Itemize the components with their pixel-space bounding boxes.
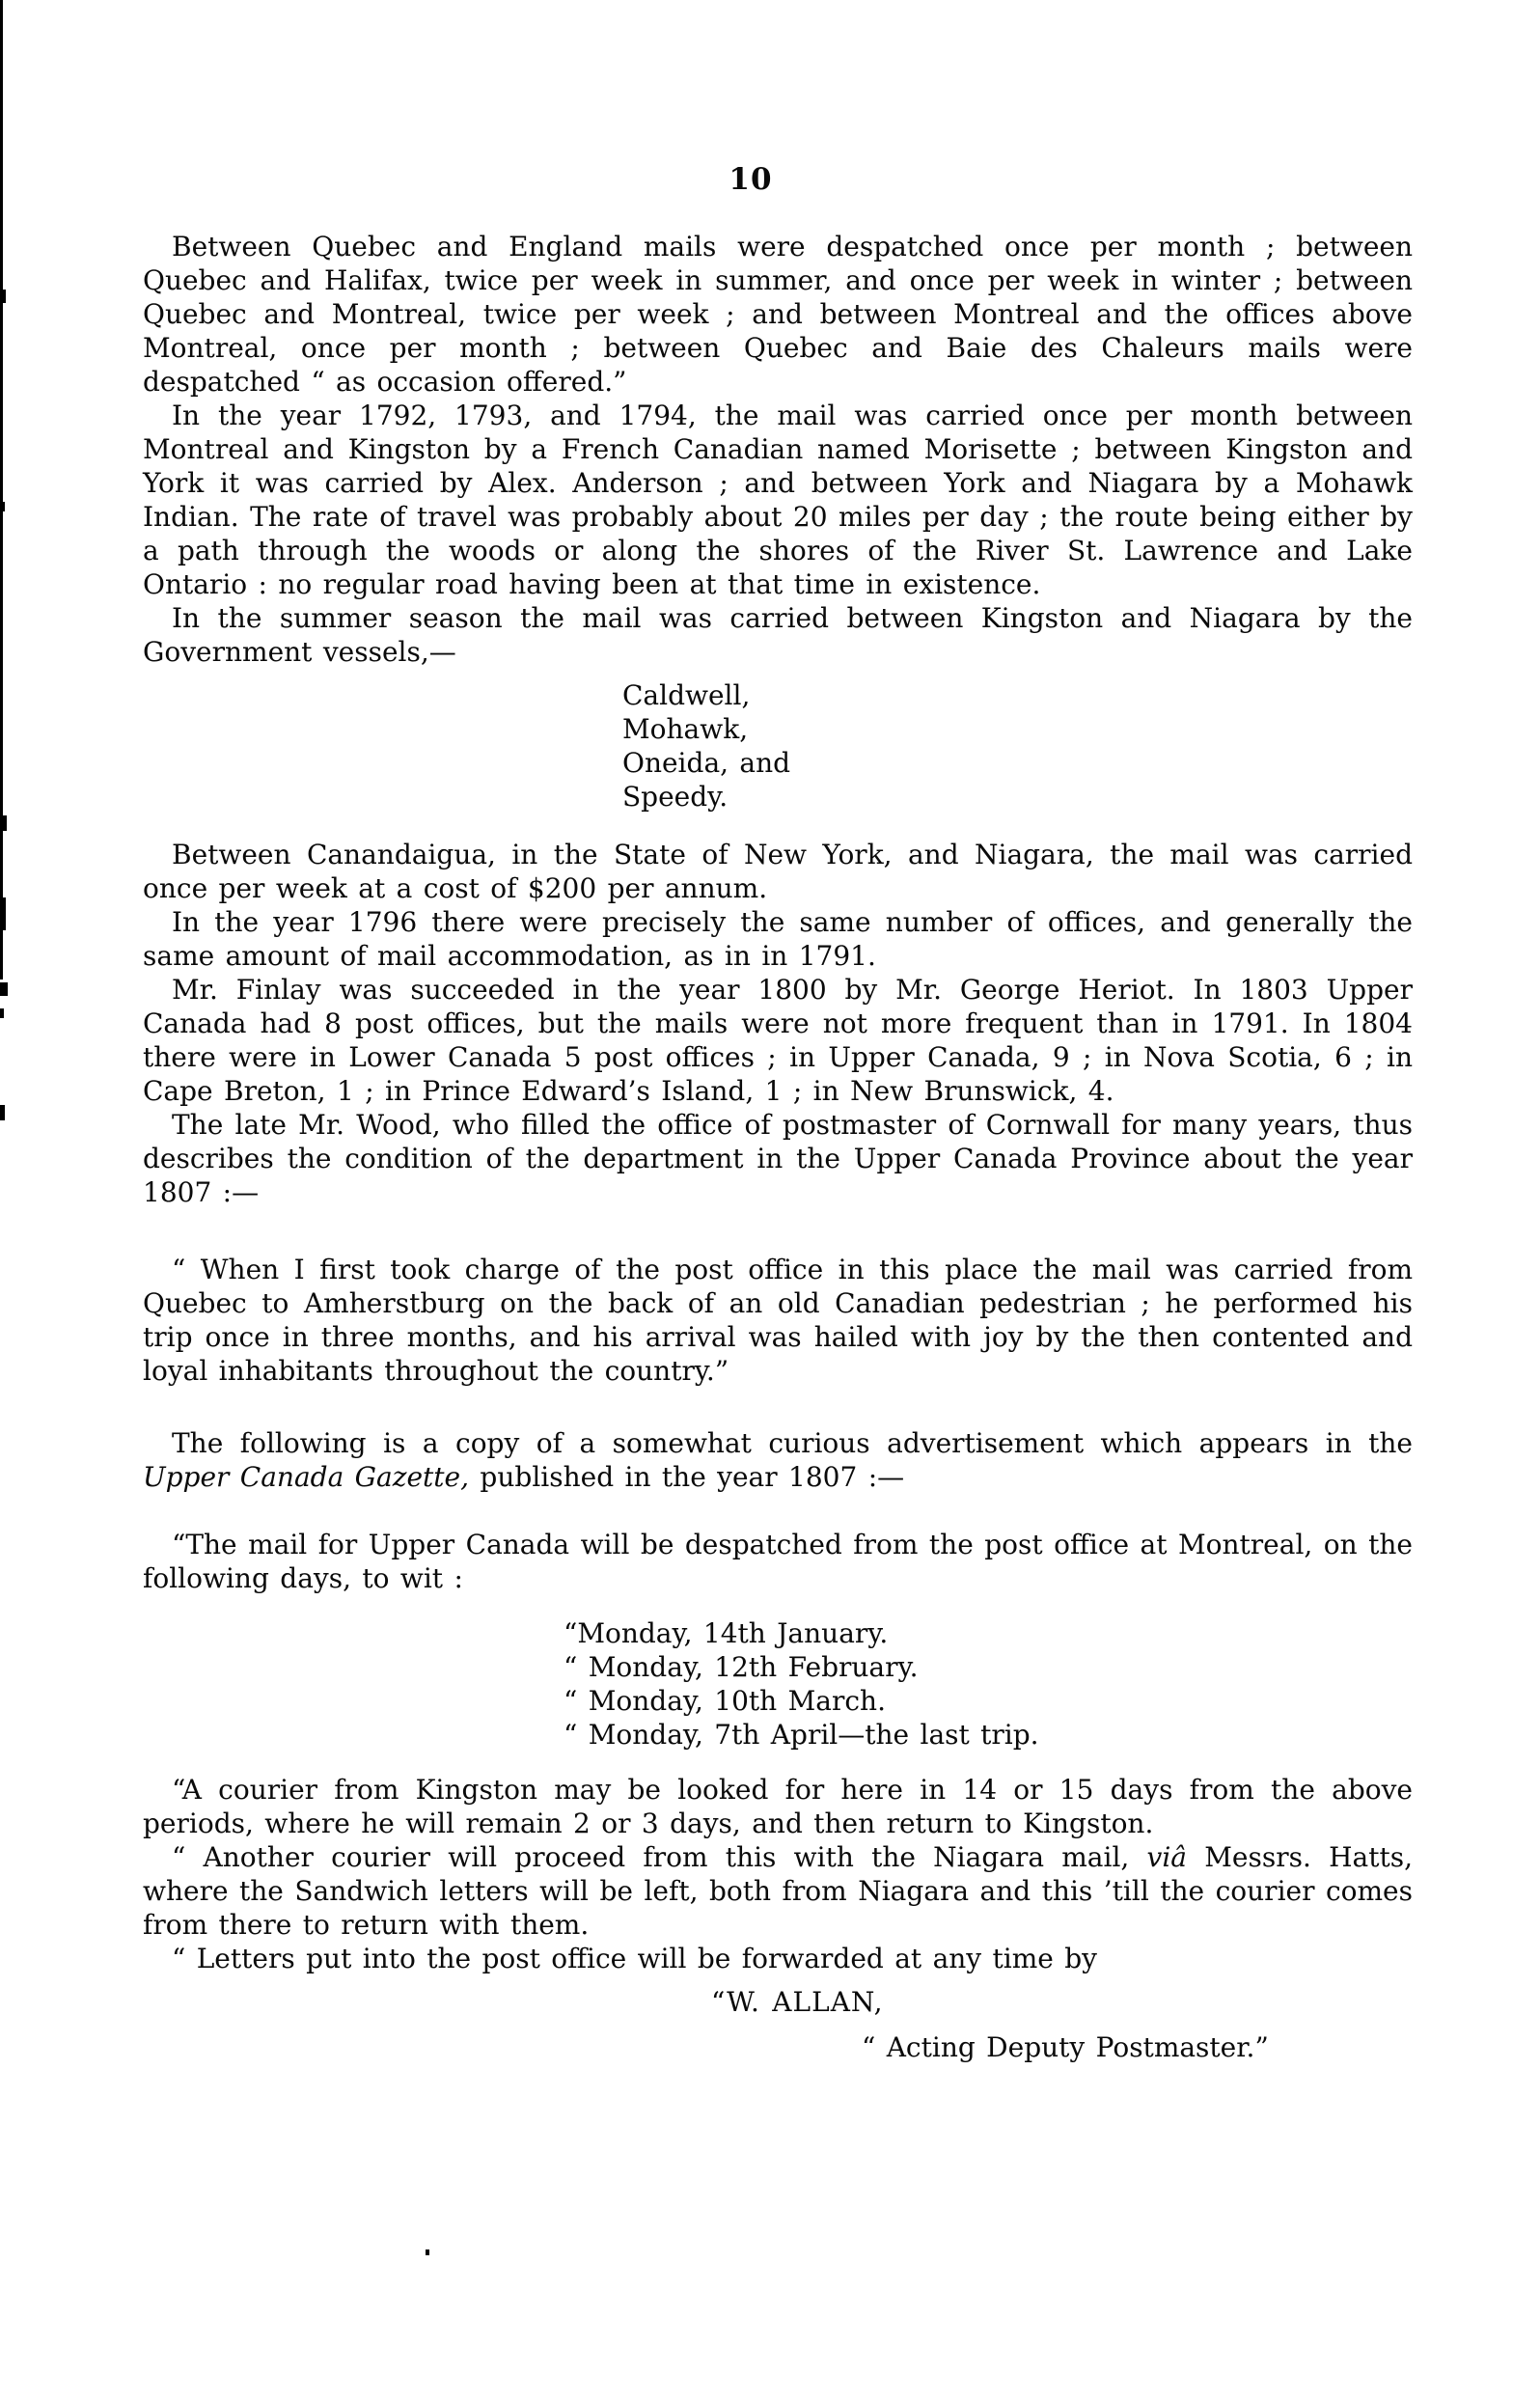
- paragraph-finlay-heriot: Mr. Finlay was succeeded in the year 180…: [143, 973, 1413, 1108]
- paragraph-letters-forwarded: “ Letters put into the post office will …: [143, 1942, 1413, 1975]
- paragraph-advertisement-opening: “The mail for Upper Canada will be despa…: [143, 1528, 1413, 1595]
- paragraph-courier-niagara: “ Another courier will proceed from this…: [143, 1840, 1413, 1942]
- schedule-item: “ Monday, 12th February.: [564, 1650, 1413, 1684]
- mail-schedule-list: “Monday, 14th January. “ Monday, 12th Fe…: [564, 1616, 1413, 1752]
- schedule-item: “ Monday, 7th April—the last trip.: [564, 1718, 1413, 1752]
- vessel-item: Speedy.: [622, 780, 1413, 814]
- page-number: 10: [0, 162, 1501, 197]
- scan-speck: [0, 815, 7, 831]
- gazette-title-italic: Upper Canada Gazette,: [143, 1461, 469, 1493]
- schedule-item: “Monday, 14th January.: [564, 1616, 1413, 1650]
- signature-name: “W. ALLAN,: [711, 1985, 1413, 2019]
- vessel-item: Oneida, and: [622, 746, 1413, 780]
- scan-speck: [0, 1105, 5, 1120]
- page-body: Between Quebec and England mails were de…: [143, 230, 1413, 2064]
- paragraph-despatch-frequencies: Between Quebec and England mails were de…: [143, 230, 1413, 399]
- scan-speck: [0, 982, 8, 996]
- schedule-item: “ Monday, 10th March.: [564, 1684, 1413, 1718]
- scan-speck: [0, 897, 6, 930]
- signature-title: “ Acting Deputy Postmaster.”: [862, 2030, 1413, 2064]
- paragraph-canandaigua: Between Canandaigua, in the State of New…: [143, 838, 1413, 905]
- vessel-item: Mohawk,: [622, 712, 1413, 746]
- paragraph-summer-season: In the summer season the mail was carrie…: [143, 601, 1413, 669]
- paragraph-offices-1796: In the year 1796 there were precisely th…: [143, 905, 1413, 973]
- book-page: 10 Between Quebec and England mails were…: [0, 0, 1540, 2401]
- scan-edge-artifact: [0, 0, 3, 980]
- government-vessel-list: Caldwell, Mohawk, Oneida, and Speedy.: [622, 678, 1413, 814]
- scan-speck: [0, 1008, 4, 1018]
- scan-speck: [426, 2249, 429, 2255]
- scan-speck: [0, 290, 6, 303]
- paragraph-gazette-intro: The following is a copy of a somewhat cu…: [143, 1426, 1413, 1494]
- scan-speck: [0, 502, 5, 511]
- gazette-intro-post: published in the year 1807 :—: [469, 1461, 904, 1493]
- via-italic: viâ: [1147, 1841, 1187, 1873]
- paragraph-courier-kingston: “A courier from Kingston may be looked f…: [143, 1773, 1413, 1840]
- paragraph-mail-carriers-1792: In the year 1792, 1793, and 1794, the ma…: [143, 399, 1413, 601]
- paragraph-mr-wood: The late Mr. Wood, who filled the office…: [143, 1108, 1413, 1209]
- paragraph-wood-quote: “ When I first took charge of the post o…: [143, 1253, 1413, 1388]
- gazette-intro-pre: The following is a copy of a somewhat cu…: [172, 1427, 1413, 1459]
- courier-niagara-pre: “ Another courier will proceed from this…: [172, 1841, 1147, 1873]
- vessel-item: Caldwell,: [622, 678, 1413, 712]
